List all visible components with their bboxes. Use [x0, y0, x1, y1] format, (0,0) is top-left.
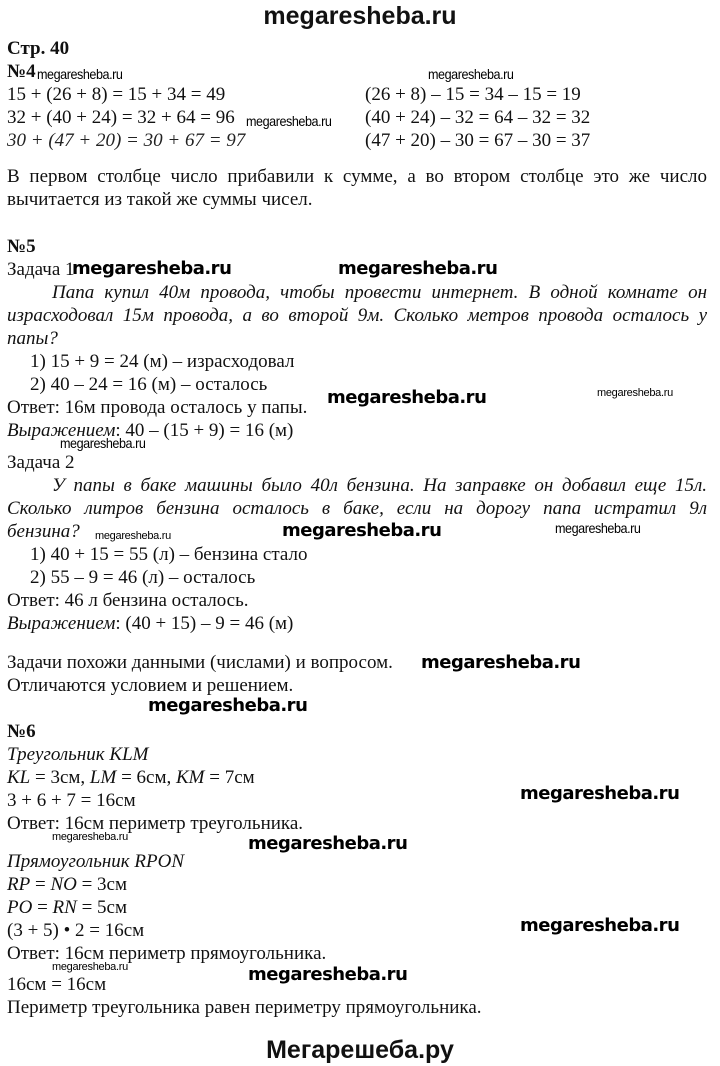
side-lm-value: = 6см,	[116, 767, 176, 788]
site-header: megaresheba.ru	[0, 2, 720, 31]
watermark: megaresheba.ru	[597, 387, 673, 399]
watermark: megaresheba.ru	[520, 915, 679, 936]
watermark: megaresheba.ru	[327, 387, 486, 408]
watermark: megaresheba.ru	[520, 783, 679, 804]
watermark: megaresheba.ru	[52, 831, 128, 843]
problem1-label: Задача 1	[7, 259, 75, 281]
watermark: megaresheba.ru	[246, 113, 331, 129]
triangle-name: Треугольник KLM	[7, 744, 148, 766]
watermark: megaresheba.ru	[421, 652, 580, 673]
side-kl: KL	[7, 767, 30, 788]
task4-right-3: (47 + 20) – 30 = 67 – 30 = 37	[365, 130, 590, 152]
side-km: KM	[176, 767, 205, 788]
side-rp: RP	[7, 874, 30, 895]
watermark: megaresheba.ru	[60, 435, 145, 451]
site-footer: Мегарешеба.ру	[0, 1036, 720, 1065]
side-rn: RN	[53, 897, 77, 918]
rectangle-calc: (3 + 5) • 2 = 16см	[7, 920, 144, 942]
problem2-text-3: бензина?	[7, 521, 80, 543]
task4-left-3: 30 + (47 + 20) = 30 + 67 = 97	[7, 130, 245, 152]
rectangle-name: Прямоугольник RPON	[7, 851, 184, 873]
equals: =	[30, 874, 50, 895]
expression-label: Выражением	[7, 613, 115, 634]
problem1-text-2: израсходовал 15м провода, а во второй 9м…	[7, 305, 707, 327]
page-label: Стр. 40	[7, 38, 69, 60]
comparison-2: Отличаются условием и решением.	[7, 675, 293, 697]
comparison-1: Задачи похожи данными (числами) и вопрос…	[7, 652, 393, 674]
problem2-expression: Выражением: (40 + 15) – 9 = 46 (м)	[7, 613, 293, 635]
watermark: megaresheba.ru	[555, 520, 640, 536]
expression-value: : (40 + 15) – 9 = 46 (м)	[115, 613, 293, 634]
problem2-step-2: 2) 55 – 9 = 46 (л) – осталось	[30, 567, 255, 589]
triangle-sides: KL = 3см, LM = 6см, KM = 7см	[7, 767, 255, 789]
value: = 3см	[77, 874, 127, 895]
side-no: NO	[50, 874, 76, 895]
watermark: megaresheba.ru	[338, 258, 497, 279]
task6-title: №6	[7, 721, 36, 743]
side-km-value: = 7см	[205, 767, 255, 788]
watermark: megaresheba.ru	[282, 520, 441, 541]
problem2-text-2: Сколько литров бензина осталось в баке, …	[7, 498, 707, 520]
rectangle-line-2: PO = RN = 5см	[7, 897, 127, 919]
watermark: megaresheba.ru	[248, 964, 407, 985]
problem1-answer: Ответ: 16м провода осталось у папы.	[7, 397, 307, 419]
task4-title: №4	[7, 61, 36, 83]
problem1-step-1: 1) 15 + 9 = 24 (м) – израсходовал	[30, 351, 294, 373]
rectangle-line-1: RP = NO = 3см	[7, 874, 127, 896]
problem2-answer: Ответ: 46 л бензина осталось.	[7, 590, 249, 612]
watermark: megaresheba.ru	[95, 530, 171, 542]
problem1-text-1: Папа купил 40м провода, чтобы провести и…	[52, 282, 707, 304]
conclusion: Периметр треугольника равен периметру пр…	[7, 997, 482, 1019]
task4-explanation-1: В первом столбце число прибавили к сумме…	[7, 166, 707, 188]
side-po: PO	[7, 897, 32, 918]
problem2-step-1: 1) 40 + 15 = 55 (л) – бензина стало	[30, 544, 308, 566]
watermark: megaresheba.ru	[52, 961, 128, 973]
problem2-label: Задача 2	[7, 452, 75, 474]
triangle-calc: 3 + 6 + 7 = 16см	[7, 790, 136, 812]
value: = 5см	[77, 897, 127, 918]
task4-right-1: (26 + 8) – 15 = 34 – 15 = 19	[365, 84, 581, 106]
task4-explanation-2: вычитается из такой же суммы чисел.	[7, 189, 313, 211]
problem1-step-2: 2) 40 – 24 = 16 (м) – осталось	[30, 374, 267, 396]
watermark: megaresheba.ru	[148, 695, 307, 716]
watermark: megaresheba.ru	[37, 66, 122, 82]
task4-left-1: 15 + (26 + 8) = 15 + 34 = 49	[7, 84, 225, 106]
problem1-text-3: папы?	[7, 328, 58, 350]
problem2-text-1: У папы в баке машины было 40л бензина. Н…	[52, 475, 707, 497]
task4-left-2: 32 + (40 + 24) = 32 + 64 = 96	[7, 107, 235, 129]
side-kl-value: = 3см,	[30, 767, 90, 788]
perimeter-compare: 16см = 16см	[7, 974, 106, 996]
task5-title: №5	[7, 236, 36, 258]
problem1-expression: Выражением: 40 – (15 + 9) = 16 (м)	[7, 420, 293, 442]
watermark: megaresheba.ru	[72, 258, 231, 279]
side-lm: LM	[90, 767, 116, 788]
task4-right-2: (40 + 24) – 32 = 64 – 32 = 32	[365, 107, 590, 129]
equals: =	[32, 897, 52, 918]
watermark: megaresheba.ru	[428, 66, 513, 82]
watermark: megaresheba.ru	[248, 833, 407, 854]
